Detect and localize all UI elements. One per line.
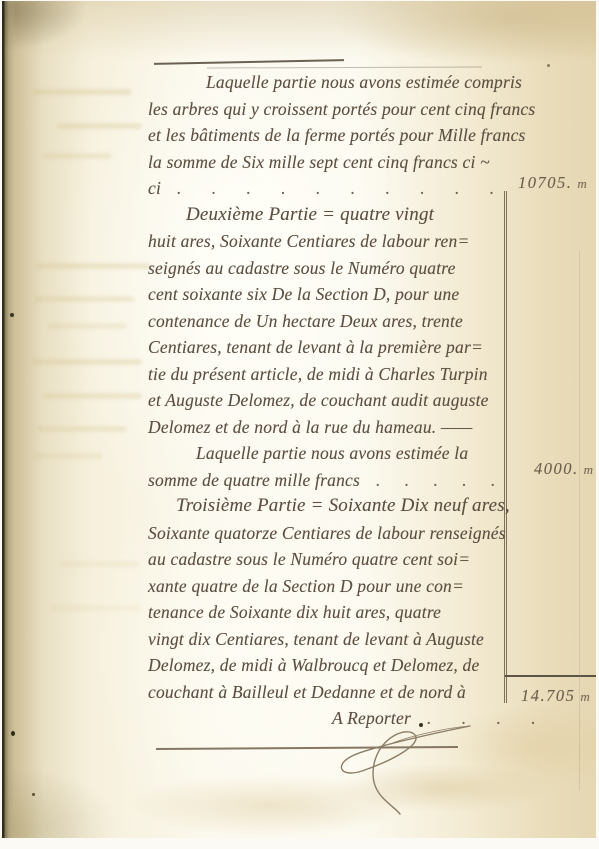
document-scan-page: Laquelle partie nous avons estimée compr… [0, 0, 599, 849]
line-text: et Auguste Delomez, de couchant audit au… [148, 390, 489, 410]
handwritten-line: vingt dix Centiares, tenant de levant à … [148, 626, 584, 653]
handwritten-line: la somme de Six mille sept cent cinq fra… [148, 149, 584, 176]
line-text: Troisième Partie = Soixante Dix neuf are… [176, 495, 510, 516]
amount-value: 4000. [534, 459, 579, 478]
manuscript-paper: Laquelle partie nous avons estimée compr… [2, 1, 596, 838]
line-text: ci [148, 178, 161, 198]
line-text: Laquelle partie nous avons estimée compr… [206, 72, 522, 92]
handwritten-line-heading: Troisième Partie = Soixante Dix neuf are… [148, 493, 584, 520]
line-text: somme de quatre mille francs [148, 470, 360, 490]
handwritten-line: Soixante quatorze Centiares de labour re… [148, 520, 584, 547]
line-text: contenance de Un hectare Deux ares, tren… [148, 311, 463, 331]
bleedthrough-mark [42, 393, 142, 399]
handwritten-line: au cadastre sous le Numéro quatre cent s… [148, 546, 584, 573]
handwritten-line: xante quatre de la Section D pour une co… [148, 573, 584, 600]
handwritten-line: tie du présent article, de midi à Charle… [148, 361, 584, 388]
dot-leader: . . . . . [360, 470, 505, 490]
dot-leader: . . . . . . . . . . [161, 178, 507, 198]
amount-mark: m [572, 176, 586, 191]
bleedthrough-mark [34, 296, 134, 302]
handwritten-line: contenance de Un hectare Deux ares, tren… [148, 308, 584, 335]
line-text: vingt dix Centiares, tenant de levant à … [148, 629, 484, 649]
margin-total-first-part: 10705.m [518, 173, 587, 193]
margin-total-second-part: 4000.m [534, 459, 593, 479]
line-text: les arbres qui y croissent portés pour c… [148, 99, 535, 119]
handwritten-line: Delomez, de midi à Walbroucq et Delomez,… [148, 652, 584, 679]
line-text: xante quatre de la Section D pour une co… [148, 576, 464, 596]
line-text: la somme de Six mille sept cent cinq fra… [148, 152, 490, 172]
line-text: Delomez et de nord à la rue du hameau. —… [148, 417, 472, 437]
handwritten-line: Delomez et de nord à la rue du hameau. —… [148, 414, 584, 441]
amount-value: 14.705 [521, 686, 575, 705]
bleedthrough-mark [42, 153, 112, 159]
line-text: Delomez, de midi à Walbroucq et Delomez,… [148, 655, 479, 675]
ink-speck [419, 723, 423, 727]
bleedthrough-mark [37, 426, 127, 432]
bleedthrough-mark [50, 605, 140, 611]
handwritten-line: somme de quatre mille francs. . . . . [148, 467, 584, 494]
handwritten-line: et les bâtiments de la ferme portés pour… [148, 122, 584, 149]
bleedthrough-mark [57, 123, 142, 129]
line-text: huit ares, Soixante Centiares de labour … [148, 231, 469, 251]
line-text: et les bâtiments de la ferme portés pour… [148, 125, 526, 145]
amount-value: 10705. [518, 173, 572, 192]
line-text: cent soixante six De la Section D, pour … [148, 284, 459, 304]
header-rule [154, 59, 344, 65]
binding-edge [2, 1, 16, 838]
line-text: Soixante quatorze Centiares de labour re… [148, 523, 506, 543]
ink-speck [547, 64, 550, 67]
amount-mark: m [575, 689, 589, 704]
bleedthrough-mark [47, 323, 127, 329]
handwritten-line: Centiares, tenant de levant à la premièr… [148, 334, 584, 361]
amount-mark: m [579, 462, 593, 477]
handwritten-line: et Auguste Delomez, de couchant audit au… [148, 387, 584, 414]
line-text: Deuxième Partie = quatre vingt [186, 204, 434, 225]
line-text: Laquelle partie nous avons estimée la [196, 443, 468, 463]
handwritten-line: huit ares, Soixante Centiares de labour … [148, 228, 584, 255]
line-text: Centiares, tenant de levant à la premièr… [148, 337, 483, 357]
handwritten-line: cent soixante six De la Section D, pour … [148, 281, 584, 308]
line-text: au cadastre sous le Numéro quatre cent s… [148, 549, 470, 569]
line-text: tie du présent article, de midi à Charle… [148, 364, 488, 384]
handwritten-line-heading: Deuxième Partie = quatre vingt [148, 202, 584, 229]
handwritten-line: les arbres qui y croissent portés pour c… [148, 96, 584, 123]
bleedthrough-mark [60, 561, 140, 567]
bleedthrough-mark [36, 263, 151, 269]
handwritten-line: Laquelle partie nous avons estimée la [148, 440, 584, 467]
ink-speck [10, 313, 14, 317]
line-text: seignés au cadastre sous le Numéro quatr… [148, 258, 456, 278]
paraph-flourish-icon [320, 704, 480, 819]
handwritten-line: Laquelle partie nous avons estimée compr… [148, 69, 584, 96]
bleedthrough-mark [32, 89, 132, 95]
bleedthrough-mark [32, 453, 102, 459]
handwriting-block: Laquelle partie nous avons estimée compr… [148, 69, 584, 732]
line-text: tenance de Soixante dix huit ares, quatr… [148, 602, 441, 622]
handwritten-line: couchant à Bailleul et Dedanne et de nor… [148, 679, 584, 706]
ink-speck [11, 731, 15, 736]
bleedthrough-mark [32, 359, 142, 365]
handwritten-line: tenance de Soixante dix huit ares, quatr… [148, 599, 584, 626]
handwritten-line: seignés au cadastre sous le Numéro quatr… [148, 255, 584, 282]
line-text: couchant à Bailleul et Dedanne et de nor… [148, 682, 466, 702]
margin-total-carry: 14.705m [521, 686, 590, 706]
ink-speck [32, 793, 35, 796]
